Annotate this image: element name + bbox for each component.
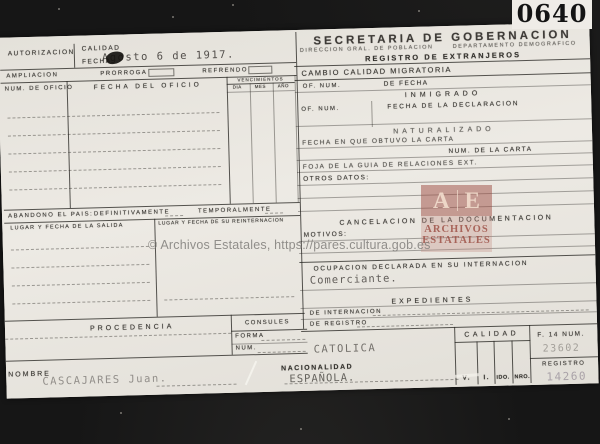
forma-label: FORMA — [235, 333, 264, 340]
dust-speck — [300, 428, 302, 430]
rule-line — [530, 356, 598, 359]
abandono-label: ABANDONO EL PAIS: — [8, 211, 93, 220]
divider-line — [273, 83, 277, 203]
dust-speck — [58, 8, 60, 10]
refrendo-label: REFRENDO — [202, 67, 248, 75]
definitivamente-label: DEFINITIVAMENTE — [94, 209, 170, 218]
venc-col-dia: DIA — [233, 85, 242, 90]
dust-speck — [120, 412, 122, 414]
inmigrado-label: INMIGRADO — [295, 87, 591, 102]
prorroga-label: PRORROGA — [100, 70, 147, 78]
calidad-box-title: CALIDAD — [464, 330, 519, 339]
rule-line — [6, 353, 308, 362]
rule-line — [231, 329, 307, 332]
of-num2-label: OF. NUM. — [301, 106, 340, 114]
num-oficio-label: NUM. DE OFICIO — [5, 85, 74, 93]
stamp-org-name: ARCHIVOS ESTATALES — [421, 216, 492, 252]
fill-line — [165, 215, 183, 216]
lugar-salida-label: LUGAR Y FECHA DE LA SALIDA — [10, 223, 123, 232]
ampliacion-label: AMPLIACION — [6, 72, 58, 80]
row-rule — [11, 264, 149, 269]
fill-line — [157, 384, 237, 387]
autorizacion-label: AUTORIZACION — [8, 49, 75, 58]
dust-speck — [418, 10, 420, 12]
venc-col-mes: MES — [255, 85, 266, 90]
otros-datos-label: OTROS DATOS: — [303, 174, 370, 183]
rule-line — [231, 342, 307, 345]
f14-value: 23602 — [543, 344, 581, 355]
registro-label: REGISTRO — [542, 361, 586, 369]
de-fecha-label: DE FECHA — [384, 80, 429, 88]
nombre-value: CASCAJARES Juan. — [42, 373, 167, 387]
consules-label: CONSULES — [245, 319, 290, 327]
calidad-col-nro: NRO. — [514, 374, 530, 380]
refrendo-checkbox — [248, 66, 272, 75]
stamp-org-line1: ARCHIVOS — [421, 224, 492, 235]
scanned-photo-background: AUTORIZACION CALIDAD FECHA Agosto 6 de 1… — [0, 0, 600, 444]
folio-number-box: 0640 — [512, 0, 592, 29]
fecha-oficio-label: FECHA DEL OFICIO — [94, 81, 202, 91]
dust-speck — [508, 418, 510, 420]
divider-line — [154, 219, 158, 317]
of-num-label: OF. NUM. — [303, 83, 342, 91]
stamp-org-line2: ESTATALES — [421, 235, 492, 246]
row-rule — [164, 296, 294, 300]
f14-label: F. 14 NUM. — [537, 331, 585, 339]
divider-line — [493, 341, 495, 384]
row-rule — [9, 166, 221, 173]
row-rule — [12, 282, 150, 287]
registro-value: 14260 — [546, 370, 587, 382]
fill-line — [265, 212, 283, 213]
fill-line — [5, 333, 231, 340]
ocupacion-value: Comerciante. — [310, 273, 398, 286]
registration-card: AUTORIZACION CALIDAD FECHA Agosto 6 de 1… — [0, 22, 599, 398]
row-rule — [8, 130, 220, 137]
row-rule — [11, 246, 149, 251]
divider-line — [231, 315, 233, 355]
stamp-letter-e: E — [465, 189, 480, 212]
divider-line — [476, 341, 478, 384]
calidad-col-ido: IDO. — [496, 375, 509, 381]
fill-line — [261, 339, 305, 341]
dust-speck — [232, 4, 234, 6]
row-rule — [9, 184, 221, 191]
divider-line — [511, 340, 513, 383]
de-internacion-label: DE INTERNACION — [310, 309, 382, 317]
stamp-letter-a: A — [433, 189, 450, 212]
row-rule — [7, 112, 219, 119]
procedencia-label: PROCEDENCIA — [90, 323, 175, 333]
divider-line — [226, 77, 230, 204]
stamp-monogram: A E — [421, 185, 492, 216]
dust-speck — [172, 16, 174, 18]
num-label: NUM. — [236, 345, 258, 352]
venc-col-ano: AÑO — [278, 84, 289, 89]
temporalmente-label: TEMPORALMENTE — [198, 207, 272, 216]
row-rule — [8, 148, 220, 155]
religion-value: CATOLICA — [314, 343, 377, 355]
archivos-estatales-stamp: A E ARCHIVOS ESTATALES — [421, 185, 492, 252]
divider-line — [250, 83, 254, 203]
ocupacion-label: OCUPACION DECLARADA EN SU INTERNACION — [313, 260, 528, 273]
calidad-col-i: I. — [483, 374, 490, 381]
lugar-reinternacion-label: LUGAR Y FECHA DE SU REINTERNACION — [158, 218, 284, 227]
row-rule — [12, 300, 150, 305]
fecha-declaracion-label: FECHA DE LA DECLARACION — [387, 100, 519, 111]
watermark-text: © Archivos Estatales, https://pares.cult… — [148, 238, 431, 252]
stamp-divider — [457, 190, 458, 211]
prorroga-checkbox — [148, 68, 174, 77]
